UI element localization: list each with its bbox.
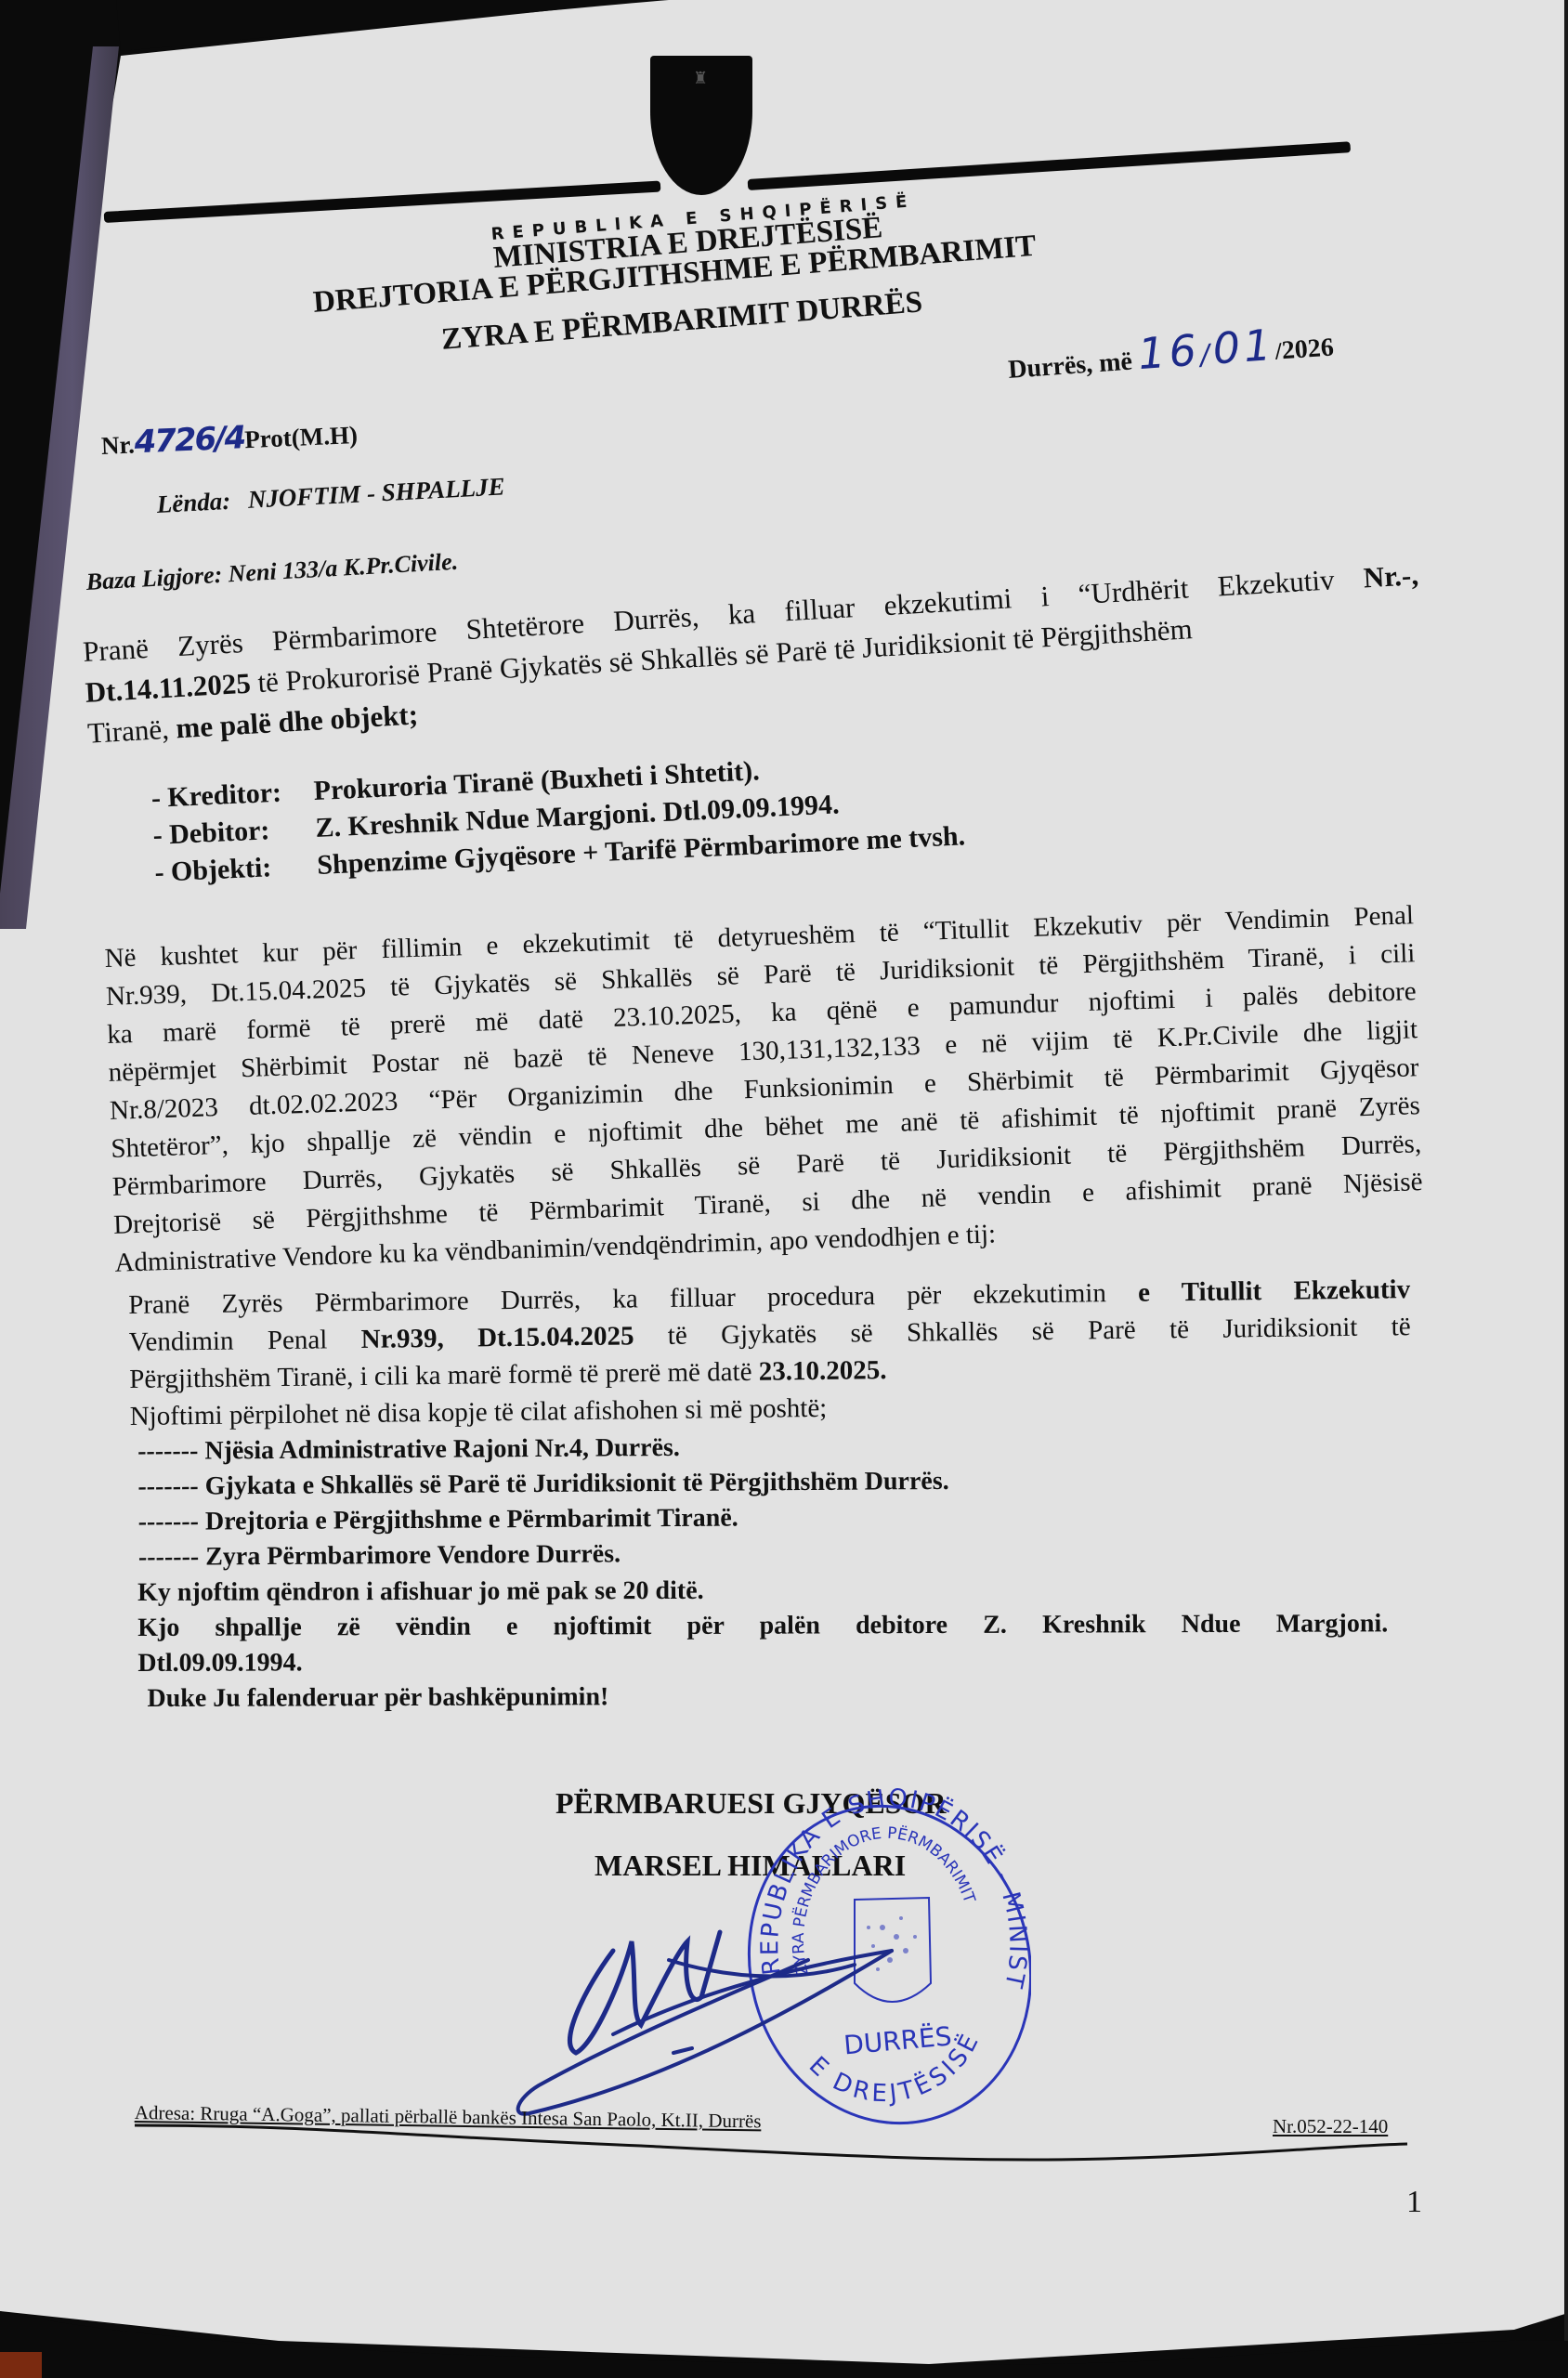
parties-list: - Kreditor: Prokuroria Tiranë (Buxheti i… xyxy=(150,743,966,891)
protocol-number: Nr.4726/4Prot(M.H) xyxy=(100,414,359,463)
notice-statement: Kjo shpallje zë vëndin e njoftimit për p… xyxy=(137,1606,1388,1646)
protocol-number-handwritten: 4726/4 xyxy=(134,419,245,461)
document-date: Durrës, më 16/01/2026 xyxy=(1006,316,1335,388)
posting-location: ------- Njësia Administrative Rajoni Nr.… xyxy=(137,1429,949,1470)
protocol-suffix: Prot(M.H) xyxy=(244,421,359,453)
handwritten-signature xyxy=(502,1895,966,2118)
protocol-prefix: Nr. xyxy=(100,430,135,460)
posting-locations-list: ------- Njësia Administrative Rajoni Nr.… xyxy=(137,1429,949,1575)
conditions-paragraph: Në kushtet kur për fillimin e ekzekutimi… xyxy=(104,896,1424,1283)
subject-label: Lënda: xyxy=(156,487,231,518)
date-month-handwritten: 01 xyxy=(1211,320,1276,374)
notice-statement: Dtl.09.09.1994. xyxy=(137,1641,1388,1681)
footer-rule xyxy=(130,2118,1412,2164)
posting-location: ------- Gjykata e Shkallës së Parë të Ju… xyxy=(137,1464,949,1505)
eagle-icon: ♜ xyxy=(693,67,706,89)
subject-value: NJOFTIM - SHPALLJE xyxy=(247,472,505,513)
party-label: - Objekti: xyxy=(154,847,319,892)
page-number: 1 xyxy=(1406,2185,1422,2220)
thanks-line: Duke Ju falenderuar për bashkëpunimin! xyxy=(137,1677,1388,1717)
closing-section: Ky njoftim qëndron i afishuar jo më pak … xyxy=(137,1571,1389,1717)
document: ♜ REPUBLIKA E SHQIPËRISË MINISTRIA E DRE… xyxy=(0,0,1568,2378)
background-surface xyxy=(0,2304,1568,2378)
procedure-paragraph: Pranë Zyrës Përmbarimore Durrës, ka fill… xyxy=(128,1271,1412,1435)
intro-text: Tiranë, xyxy=(86,712,176,749)
posting-duration: Ky njoftim qëndron i afishuar jo më pak … xyxy=(137,1571,1388,1611)
subject-line: Lënda: NJOFTIM - SHPALLJE xyxy=(156,472,505,519)
posting-location: ------- Drejtoria e Përgjithshme e Përmb… xyxy=(138,1499,950,1540)
header-rule-right xyxy=(748,141,1351,190)
coat-of-arms-icon: ♜ xyxy=(650,56,752,195)
header-rule-left xyxy=(104,181,661,223)
legal-basis: Baza Ligjore: Neni 133/a K.Pr.Civile. xyxy=(85,548,459,596)
order-date: Dt.14.11.2025 xyxy=(85,667,252,709)
date-year: 2026 xyxy=(1281,333,1335,365)
date-day-handwritten: 16 xyxy=(1136,325,1201,380)
date-prefix: Durrës, më xyxy=(1007,347,1133,385)
posting-location: ------- Zyra Përmbarimore Vendore Durrës… xyxy=(138,1535,950,1575)
order-number: Nr.-, xyxy=(1363,558,1419,594)
background-surface xyxy=(0,0,669,56)
